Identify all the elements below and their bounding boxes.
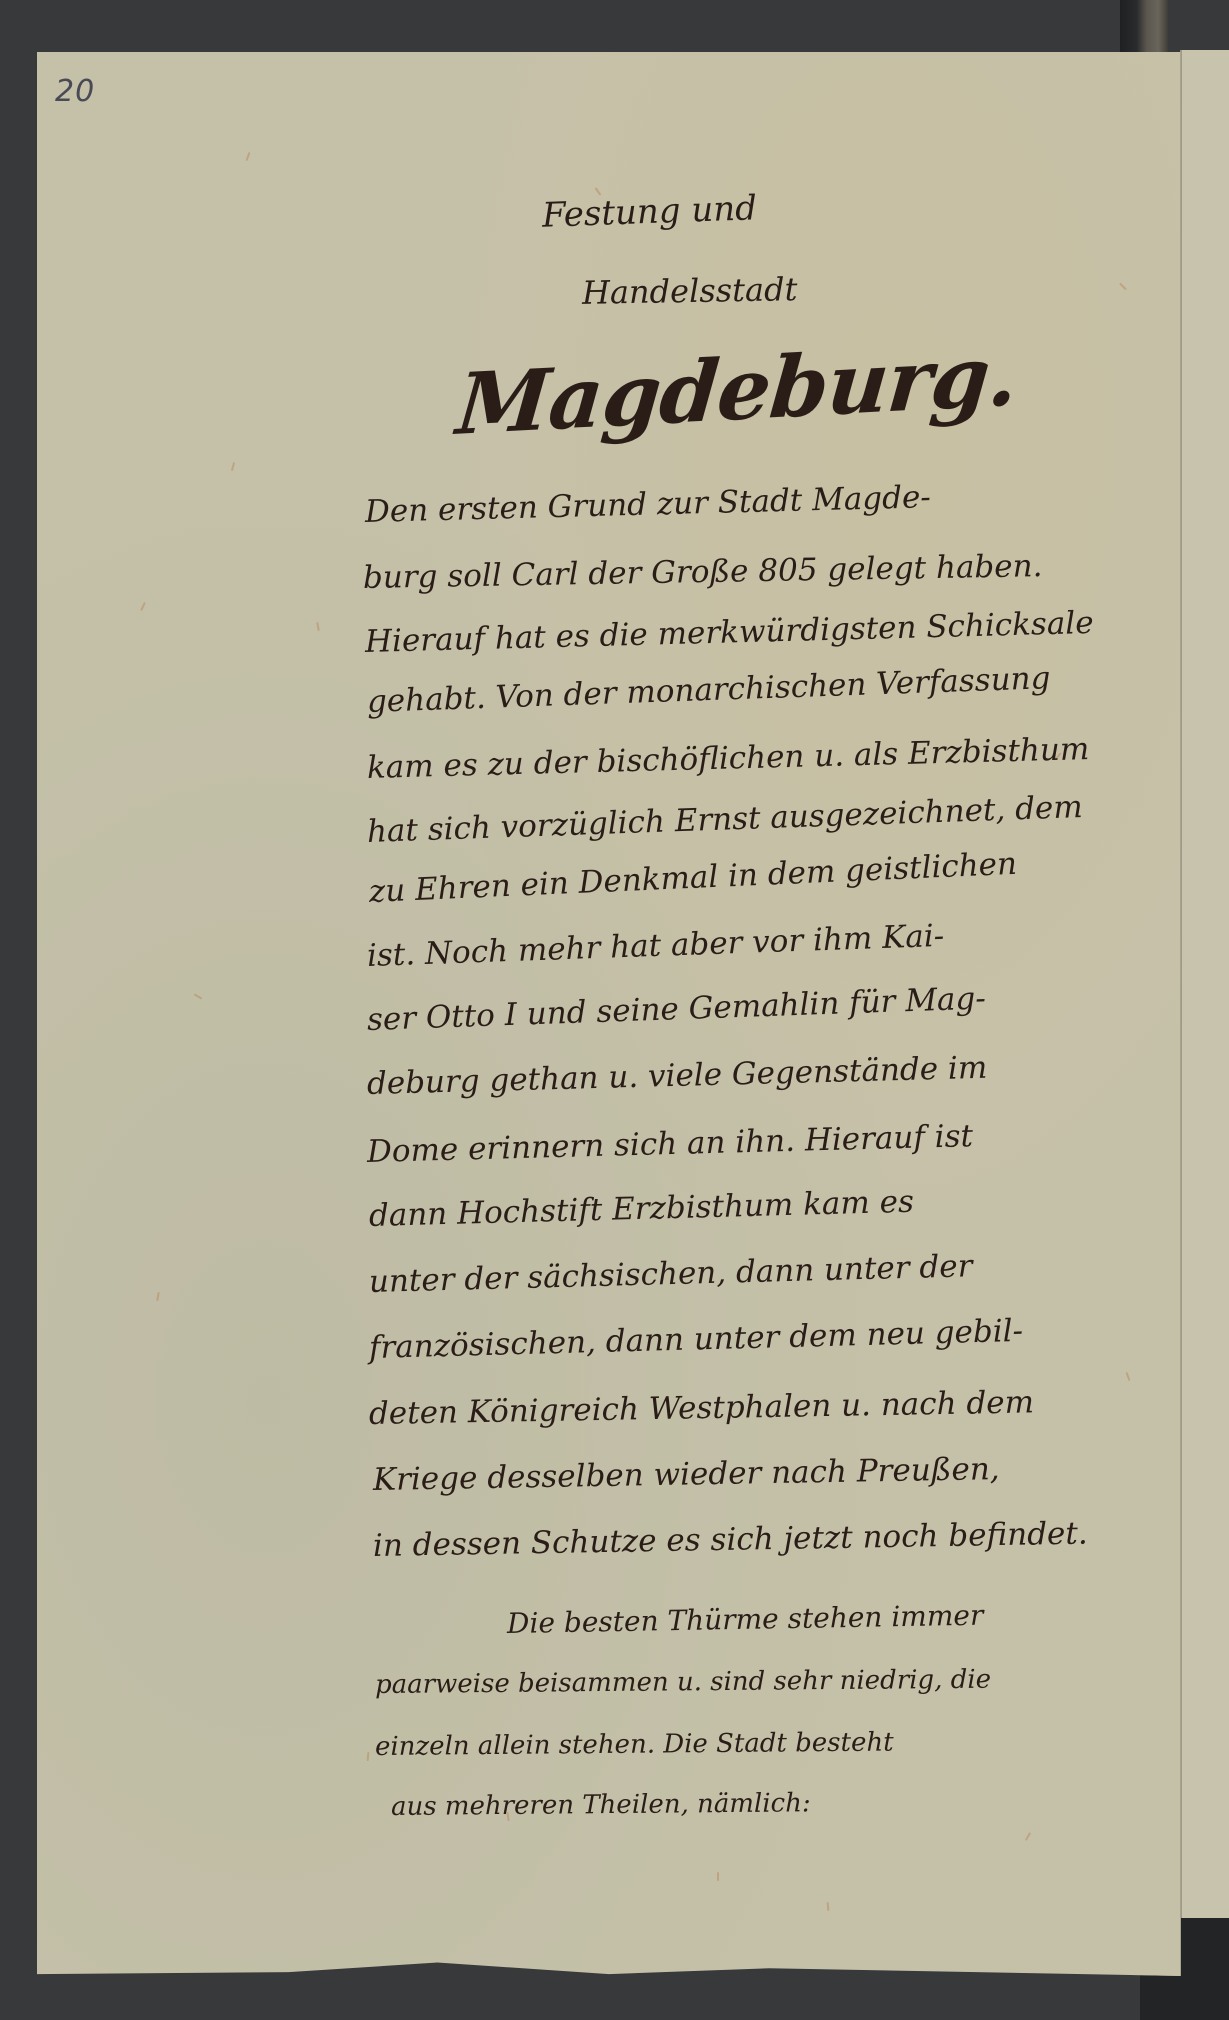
body-line: einzeln allein stehen. Die Stadt besteht: [375, 1727, 894, 1762]
body-line: kam es zu der bischöflichen u. als Erzbi…: [367, 731, 1090, 786]
body-line: ser Otto I und seine Gemahlin für Mag-: [366, 980, 986, 1038]
paper-fibre: [717, 1872, 719, 1881]
body-line: dann Hochstift Erzbisthum kam es: [369, 1184, 915, 1234]
body-line: deburg gethan u. viele Gegenstände im: [367, 1050, 988, 1102]
paper-fibre: [367, 1752, 370, 1761]
body-line: Die besten Thürme stehen immer: [507, 1599, 984, 1640]
paper-fibre: [827, 1902, 830, 1911]
body-line: Hierauf hat es die merkwürdigsten Schick…: [365, 605, 1094, 660]
page-number: 20: [55, 74, 95, 109]
paper-fibre: [246, 152, 251, 161]
body-line: gehabt. Von der monarchischen Verfassung: [366, 660, 1051, 720]
body-line: deten Königreich Westphalen u. nach dem: [369, 1384, 1035, 1432]
paper-fibre: [156, 1292, 160, 1301]
body-line: in dessen Schutze es sich jetzt noch bef…: [373, 1516, 1088, 1564]
body-line: Kriege desselben wieder nach Preußen,: [373, 1451, 1000, 1498]
book-binding-edge: [1120, 0, 1168, 55]
manuscript-page: 20 Festung und Handelsstadt Magdeburg. D…: [37, 52, 1181, 1976]
paper-fibre: [231, 462, 235, 471]
title-line-handelsstadt: Handelsstadt: [582, 270, 798, 312]
paper-fibre: [1119, 283, 1127, 291]
paper-fibre: [316, 622, 320, 631]
title-magdeburg: Magdeburg.: [453, 325, 1021, 454]
paper-fibre: [1126, 1372, 1131, 1381]
body-line: ist. Noch mehr hat aber vor ihm Kai-: [366, 918, 944, 974]
body-line: zu Ehren ein Denkmal in dem geistlichen: [368, 846, 1017, 910]
title-line-festung: Festung und: [541, 188, 757, 235]
paper-fibre: [194, 993, 203, 999]
body-line: hat sich vorzüglich Ernst ausgezeichnet,…: [366, 789, 1083, 850]
paper-fibre: [1025, 1832, 1031, 1841]
body-line: französischen, dann unter dem neu gebil-: [369, 1313, 1024, 1366]
body-line: aus mehreren Theilen, nämlich:: [391, 1788, 811, 1822]
body-line: burg soll Carl der Große 805 gelegt habe…: [363, 548, 1043, 596]
body-line: Den ersten Grund zur Stadt Magde-: [365, 479, 932, 530]
body-line: unter der sächsischen, dann unter der: [369, 1248, 973, 1300]
paper-fibre: [140, 602, 146, 611]
body-line: Dome erinnern sich an ihn. Hierauf ist: [367, 1118, 974, 1170]
body-line: paarweise beisammen u. sind sehr niedrig…: [375, 1665, 991, 1700]
adjacent-page-edge: [1180, 50, 1229, 1920]
